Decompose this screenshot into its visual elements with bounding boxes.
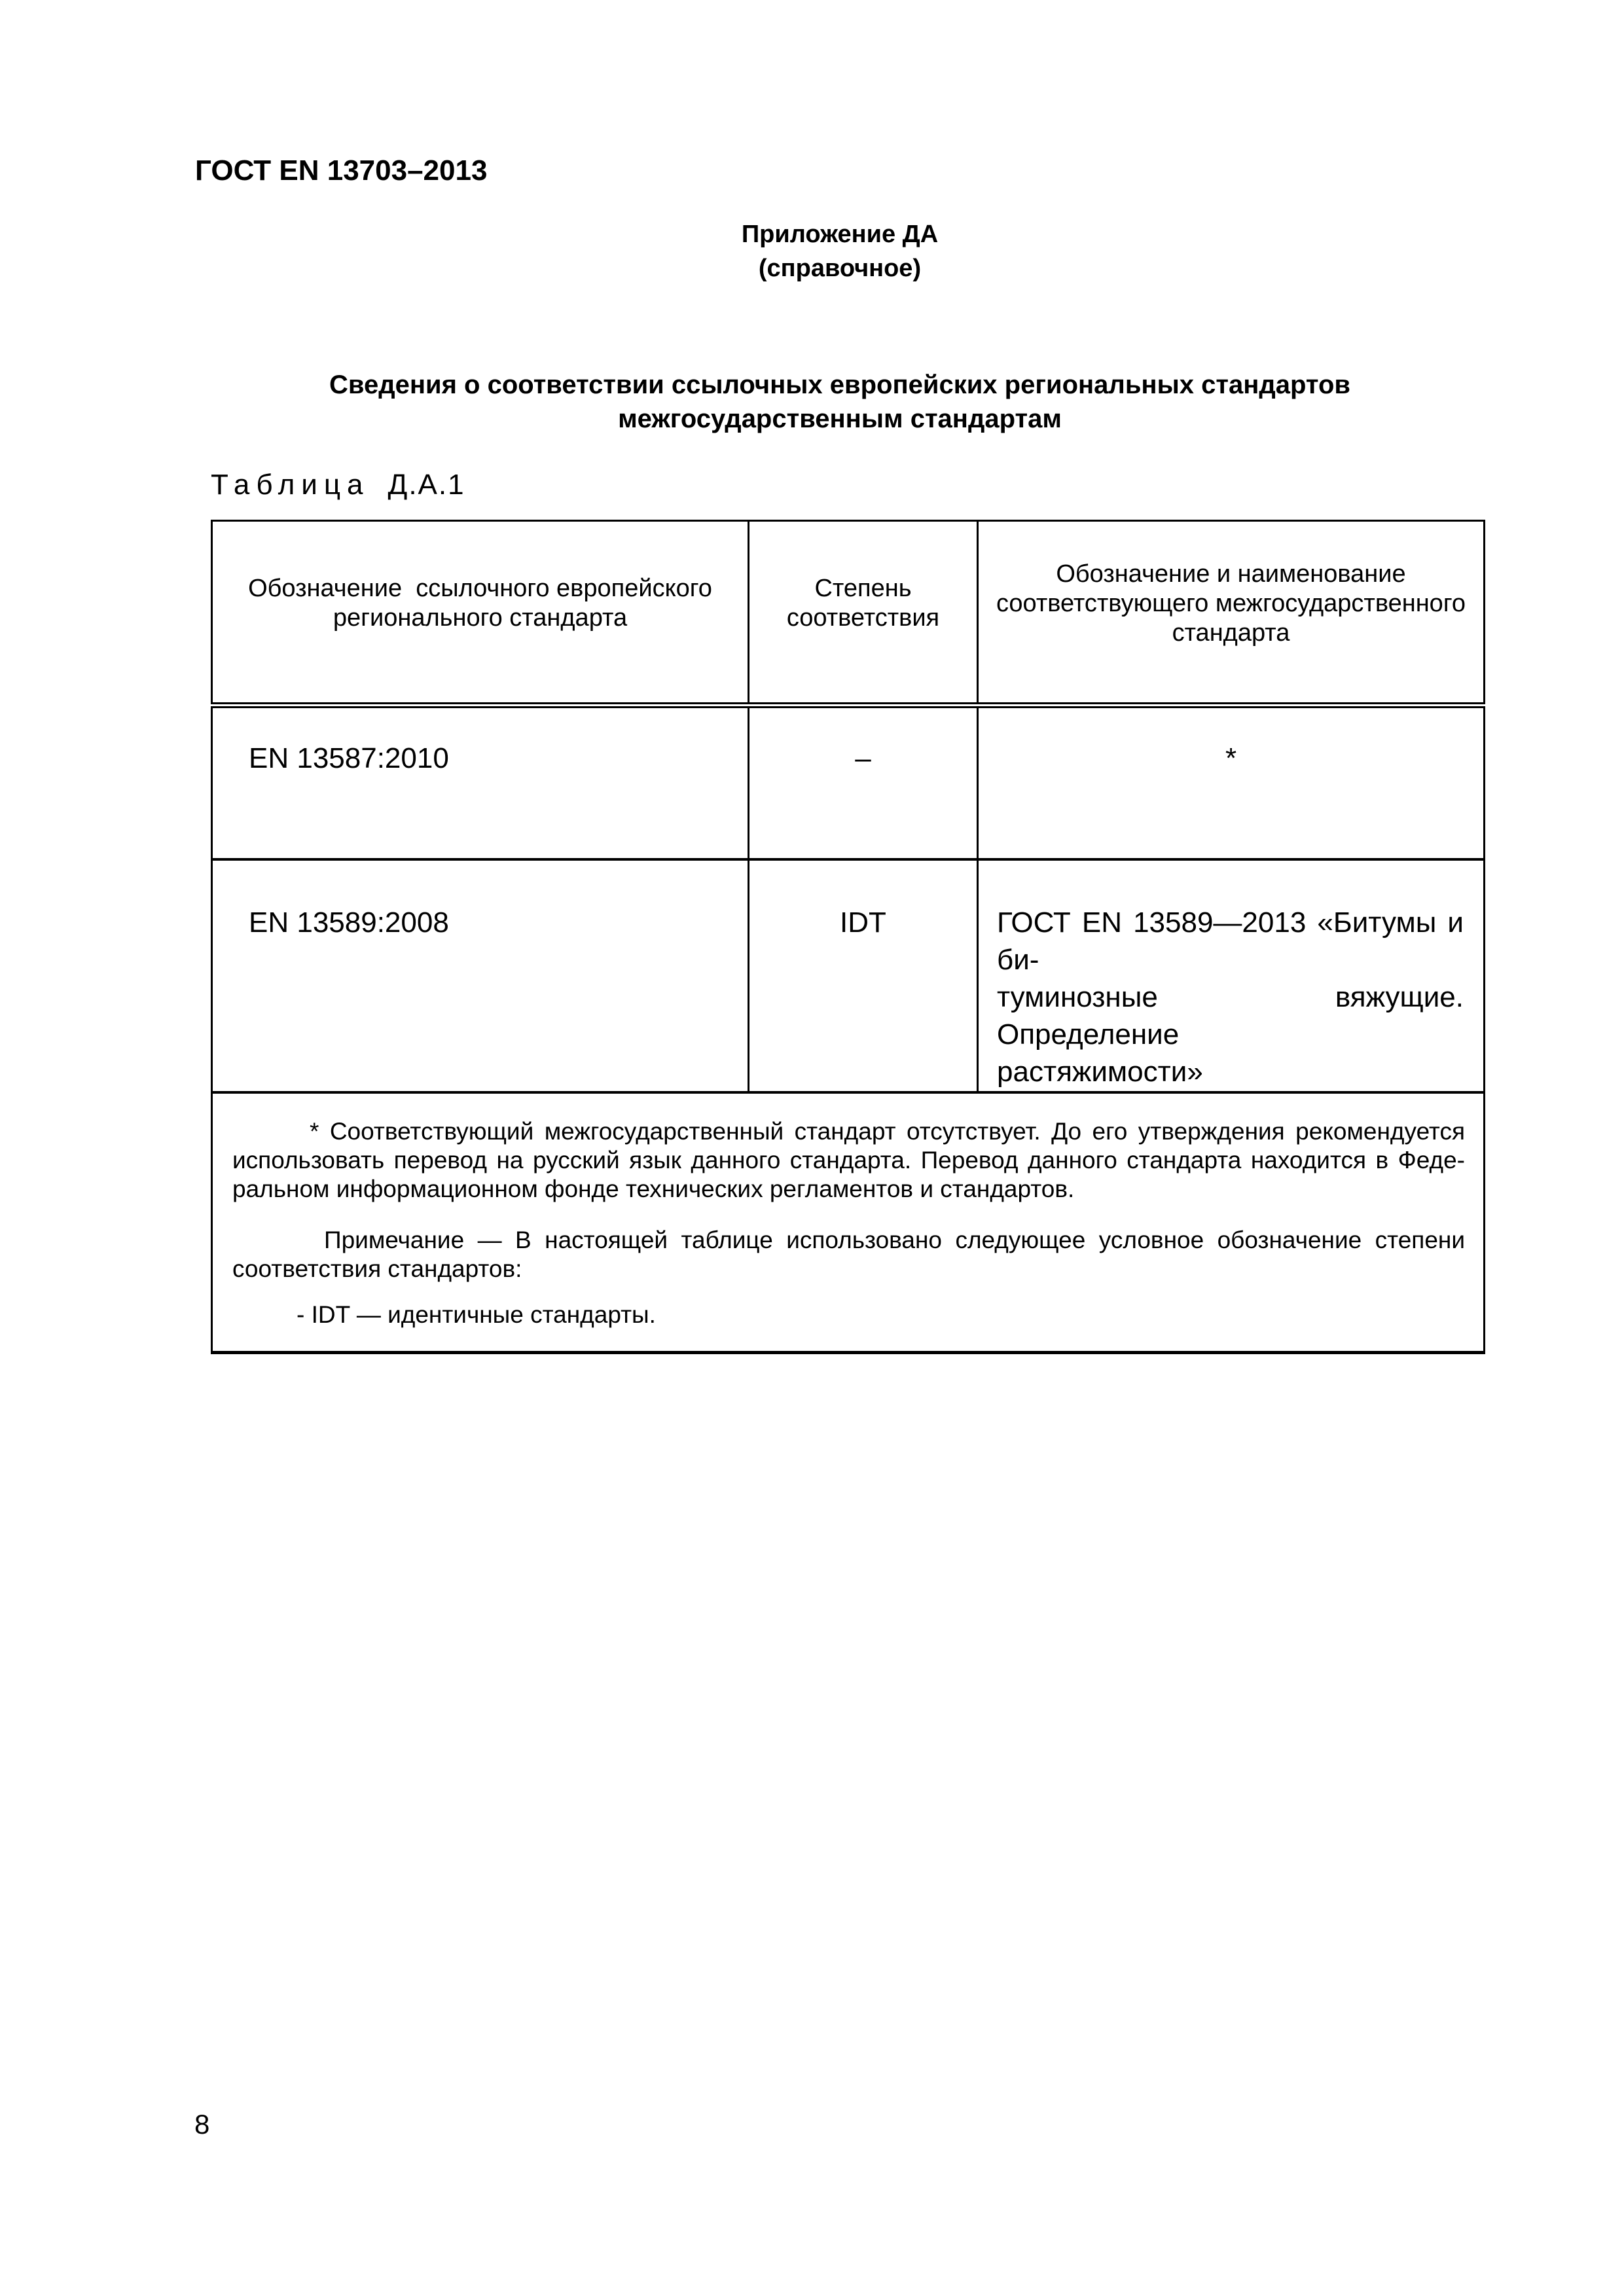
footnote-cell: * Соответствующий межгосударственный ста… bbox=[212, 1092, 1485, 1353]
note-item: - IDT — идентичные стандарты. bbox=[232, 1300, 1465, 1329]
header-degree-line: Степень bbox=[763, 574, 964, 603]
header-cell-eu-standard: Обозначение ссылочного европейского реги… bbox=[212, 521, 749, 706]
note-paragraph: Примечание — В настоящей таблице использ… bbox=[232, 1226, 1465, 1283]
note-line: Примечание — В настоящей таблице использ… bbox=[232, 1226, 1465, 1255]
header-gost-line: соответствующего межгосударственного bbox=[992, 589, 1470, 619]
header-cell-degree: Степень соответствия bbox=[749, 521, 978, 706]
doc-code: ГОСТ EN 13703–2013 bbox=[195, 154, 487, 187]
section-heading-line-1: Сведения о соответствии ссылочных европе… bbox=[196, 368, 1483, 402]
correspondence-table: Обозначение ссылочного европейского реги… bbox=[211, 520, 1485, 1354]
eu-standard-value: EN 13587:2010 bbox=[212, 706, 749, 859]
footnote-line: использовать перевод на русский язык дан… bbox=[232, 1146, 1465, 1175]
table-label-number: Д.А.1 bbox=[388, 469, 465, 501]
table-label-word: Таблица bbox=[211, 469, 370, 501]
eu-standard-value: EN 13589:2008 bbox=[212, 859, 749, 1092]
footnote-line: ральном информационном фонде технических… bbox=[232, 1175, 1465, 1204]
header-gost-line: Обозначение и наименование bbox=[992, 560, 1470, 589]
header-eu-line: Обозначение ссылочного европейского bbox=[226, 574, 734, 603]
gost-value-line: туминозные вяжущие. Определение bbox=[997, 978, 1464, 1053]
gost-value-line: растяжимости» bbox=[997, 1053, 1464, 1090]
appendix-subtitle: (справочное) bbox=[196, 251, 1483, 285]
degree-value: – bbox=[749, 706, 978, 859]
footnote-paragraph: * Соответствующий межгосударственный ста… bbox=[232, 1117, 1465, 1204]
header-eu-line: регионального стандарта bbox=[226, 603, 734, 633]
note-line: соответствия стандартов: bbox=[232, 1255, 1465, 1283]
gost-standard-value: * bbox=[978, 706, 1485, 859]
appendix-title: Приложение ДА bbox=[196, 217, 1483, 251]
footnote-line: * Соответствующий межгосударственный ста… bbox=[232, 1117, 1465, 1146]
header-degree-line: соответствия bbox=[763, 603, 964, 633]
table-header-row: Обозначение ссылочного европейского реги… bbox=[212, 521, 1485, 706]
page-number: 8 bbox=[194, 2109, 209, 2140]
table-label: ТаблицаД.А.1 bbox=[211, 469, 465, 501]
gost-standard-value: ГОСТ EN 13589—2013 «Битумы и би- туминоз… bbox=[978, 859, 1485, 1092]
header-cell-gost-standard: Обозначение и наименование соответствующ… bbox=[978, 521, 1485, 706]
appendix-heading: Приложение ДА (справочное) bbox=[196, 217, 1483, 285]
header-gost-line: стандарта bbox=[992, 619, 1470, 648]
degree-value: IDT bbox=[749, 859, 978, 1092]
table-row: EN 13589:2008 IDT ГОСТ EN 13589—2013 «Би… bbox=[212, 859, 1485, 1092]
table-row: EN 13587:2010 – * bbox=[212, 706, 1485, 859]
table-footnote-row: * Соответствующий межгосударственный ста… bbox=[212, 1092, 1485, 1353]
section-heading: Сведения о соответствии ссылочных европе… bbox=[196, 368, 1483, 436]
section-heading-line-2: межгосударственным стандартам bbox=[196, 402, 1483, 436]
gost-value-line: ГОСТ EN 13589—2013 «Битумы и би- bbox=[997, 904, 1464, 978]
document-page: ГОСТ EN 13703–2013 Приложение ДА (справо… bbox=[0, 0, 1624, 2296]
